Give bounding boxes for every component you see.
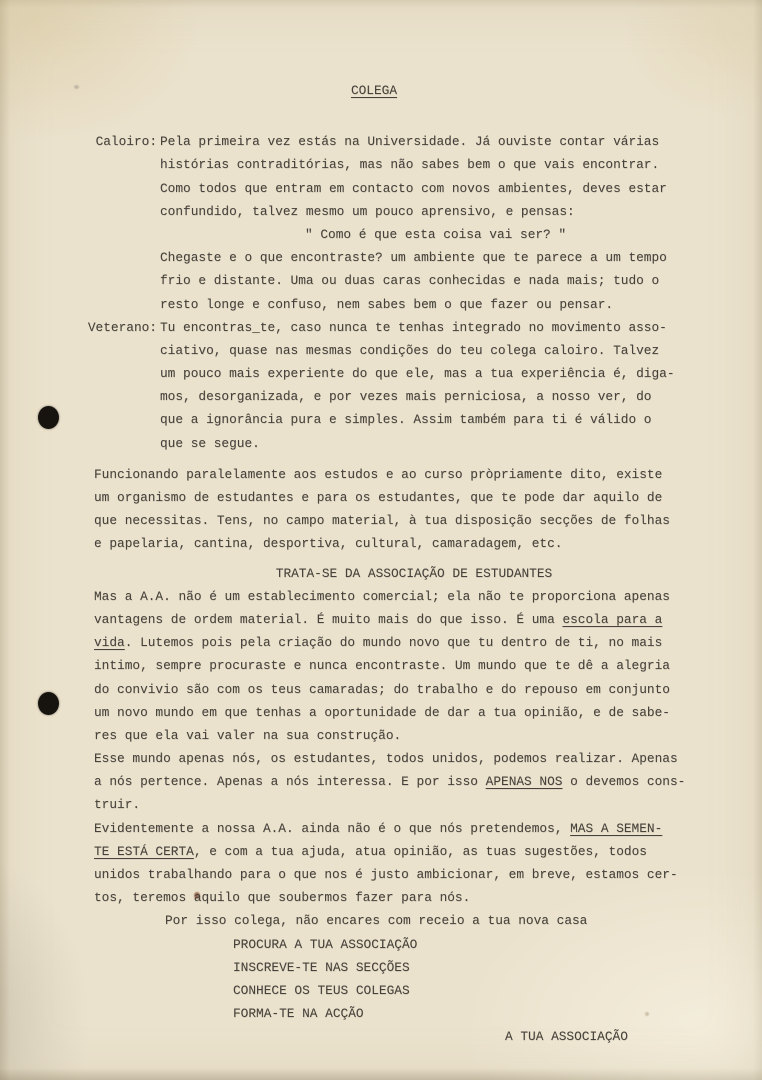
text-line: TRATA-SE DA ASSOCIAÇÃO DE ESTUDANTES: [114, 562, 714, 585]
punch-hole: [38, 406, 59, 429]
text-line: que necessitas. Tens, no campo material,…: [94, 509, 694, 532]
text-line: Esse mundo apenas nós, os estudantes, to…: [94, 747, 694, 770]
text-segment: Chegaste e o que encontraste? um ambient…: [160, 250, 667, 265]
text-segment: res que ela vai valer na sua construção.: [94, 728, 401, 743]
text-line: vantagens de ordem material. É muito mai…: [94, 608, 694, 631]
text-segment: intimo, sempre procuraste e nunca encont…: [94, 658, 670, 673]
text-segment: truir.: [94, 797, 140, 812]
text-line: Funcionando paralelamente aos estudos e …: [94, 463, 694, 486]
text-segment: PROCURA A TUA ASSOCIAÇÃO: [233, 937, 417, 952]
section-heading: TRATA-SE DA ASSOCIAÇÃO DE ESTUDANTES: [114, 562, 714, 585]
text-line: histórias contraditórias, mas não sabes …: [160, 153, 694, 176]
text-line: unidos trabalhando para o que nos é just…: [94, 863, 694, 886]
cta-line: PROCURA A TUA ASSOCIAÇÃO: [233, 933, 694, 956]
text-segment: vantagens de ordem material. É muito mai…: [94, 612, 562, 627]
underlined-text: escola para a: [562, 612, 662, 627]
text-line: vida. Lutemos pois pela criação do mundo…: [94, 631, 694, 654]
text-segment: FORMA-TE NA ACÇÃO: [233, 1006, 364, 1021]
text-segment: tos, teremos aquilo que soubermos fazer …: [94, 890, 470, 905]
text-segment: . Lutemos pois pela criação do mundo nov…: [125, 635, 663, 650]
cta-line: INSCREVE-TE NAS SECÇÕES: [233, 956, 694, 979]
text-line: a nós pertence. Apenas a nós interessa. …: [94, 770, 694, 793]
text-line: frio e distante. Uma ou duas caras conhe…: [160, 269, 694, 292]
dialogue-block: Caloiro:Pela primeira vez estás na Unive…: [94, 130, 694, 316]
text-line: que a ignorância pura e simples. Assim t…: [160, 408, 694, 431]
text-segment: " Como é que esta coisa vai ser? ": [305, 227, 566, 242]
text-segment: Pela primeira vez estás na Universidade.…: [160, 134, 659, 149]
text-segment: A TUA ASSOCIAÇÃO: [505, 1029, 628, 1044]
text-segment: que a ignorância pura e simples. Assim t…: [160, 412, 651, 427]
underlined-text: COLEGA: [351, 83, 397, 98]
text-line: res que ela vai valer na sua construção.: [94, 724, 694, 747]
speaker-label: Veterano:: [88, 316, 157, 339]
text-segment: um organismo de estudantes e para os est…: [94, 490, 662, 505]
text-segment: Como todos que entram em contacto com no…: [160, 181, 667, 196]
text-segment: que necessitas. Tens, no campo material,…: [94, 513, 670, 528]
signature: A TUA ASSOCIAÇÃO: [505, 1025, 694, 1048]
scanned-paper-page: COLEGACaloiro:Pela primeira vez estás na…: [0, 0, 762, 1080]
quote-line: " Como é que esta coisa vai ser? ": [305, 223, 694, 246]
text-line: Tu encontras_te, caso nunca te tenhas in…: [160, 316, 694, 339]
text-line: um pouco mais experiente do que ele, mas…: [160, 362, 694, 385]
text-segment: o devemos cons-: [562, 774, 685, 789]
text-segment: INSCREVE-TE NAS SECÇÕES: [233, 960, 410, 975]
text-line: do convivio são com os teus camaradas; d…: [94, 678, 694, 701]
punch-hole: [38, 692, 59, 715]
text-line: e papelaria, cantina, desportiva, cultur…: [94, 532, 694, 555]
text-segment: resto longe e confuso, nem sabes bem o q…: [160, 297, 613, 312]
document-title: COLEGA: [74, 79, 674, 102]
text-line: que se segue.: [160, 432, 694, 455]
text-segment: e papelaria, cantina, desportiva, cultur…: [94, 536, 562, 551]
document-content: COLEGACaloiro:Pela primeira vez estás na…: [94, 0, 694, 1049]
text-segment: unidos trabalhando para o que nos é just…: [94, 867, 678, 882]
underlined-text: TE ESTÁ CERTA: [94, 844, 194, 859]
paragraph-block: Esse mundo apenas nós, os estudantes, to…: [94, 747, 694, 817]
text-segment: TRATA-SE DA ASSOCIAÇÃO DE ESTUDANTES: [276, 566, 552, 581]
text-segment: confundido, talvez mesmo um pouco aprens…: [160, 204, 575, 219]
text-segment: mos, desorganizada, e por vezes mais per…: [160, 389, 651, 404]
text-segment: , e com a tua ajuda, atua opinião, as tu…: [194, 844, 647, 859]
cta-line: CONHECE OS TEUS COLEGAS: [233, 979, 694, 1002]
text-line: ciativo, quase nas mesmas condições do t…: [160, 339, 694, 362]
cta-line: FORMA-TE NA ACÇÃO: [233, 1002, 694, 1025]
text-line: intimo, sempre procuraste e nunca encont…: [94, 654, 694, 677]
underlined-text: MAS A SEMEN-: [570, 821, 662, 836]
text-line: Pela primeira vez estás na Universidade.…: [160, 130, 694, 153]
text-segment: a nós pertence. Apenas a nós interessa. …: [94, 774, 486, 789]
text-line: Chegaste e o que encontraste? um ambient…: [160, 246, 694, 269]
speaker-label: Caloiro:: [96, 130, 157, 153]
text-segment: Por isso colega, não encares com receio …: [165, 913, 587, 928]
text-line: TE ESTÁ CERTA, e com a tua ajuda, atua o…: [94, 840, 694, 863]
text-segment: que se segue.: [160, 436, 260, 451]
text-segment: Evidentemente a nossa A.A. ainda não é o…: [94, 821, 570, 836]
text-segment: ciativo, quase nas mesmas condições do t…: [160, 343, 659, 358]
text-line: A TUA ASSOCIAÇÃO: [505, 1025, 694, 1048]
text-line: mos, desorganizada, e por vezes mais per…: [160, 385, 694, 408]
text-line: Mas a A.A. não é um establecimento comer…: [94, 585, 694, 608]
text-segment: um novo mundo em que tenhas a oportunida…: [94, 705, 670, 720]
text-line: Como todos que entram em contacto com no…: [160, 177, 694, 200]
text-segment: Esse mundo apenas nós, os estudantes, to…: [94, 751, 678, 766]
text-line: Por isso colega, não encares com receio …: [165, 909, 694, 932]
text-line: COLEGA: [74, 79, 674, 102]
text-line: tos, teremos aquilo que soubermos fazer …: [94, 886, 694, 909]
text-line: um novo mundo em que tenhas a oportunida…: [94, 701, 694, 724]
text-segment: Funcionando paralelamente aos estudos e …: [94, 467, 662, 482]
text-line: Evidentemente a nossa A.A. ainda não é o…: [94, 817, 694, 840]
paragraph-block: Funcionando paralelamente aos estudos e …: [94, 463, 694, 556]
text-segment: um pouco mais experiente do que ele, mas…: [160, 366, 675, 381]
text-line: um organismo de estudantes e para os est…: [94, 486, 694, 509]
text-line: resto longe e confuso, nem sabes bem o q…: [160, 293, 694, 316]
underlined-text: vida: [94, 635, 125, 650]
text-line: truir.: [94, 793, 694, 816]
text-segment: CONHECE OS TEUS COLEGAS: [233, 983, 410, 998]
text-segment: Mas a A.A. não é um establecimento comer…: [94, 589, 670, 604]
paragraph-block: Mas a A.A. não é um establecimento comer…: [94, 585, 694, 747]
paragraph-block: Evidentemente a nossa A.A. ainda não é o…: [94, 817, 694, 910]
text-segment: histórias contraditórias, mas não sabes …: [160, 157, 659, 172]
text-segment: frio e distante. Uma ou duas caras conhe…: [160, 273, 659, 288]
text-line: confundido, talvez mesmo um pouco aprens…: [160, 200, 694, 223]
text-segment: Tu encontras_te, caso nunca te tenhas in…: [160, 320, 667, 335]
closing-block: Por isso colega, não encares com receio …: [94, 909, 694, 1025]
dialogue-block: Veterano:Tu encontras_te, caso nunca te …: [94, 316, 694, 455]
underlined-text: APENAS NOS: [486, 774, 563, 789]
text-segment: do convivio são com os teus camaradas; d…: [94, 682, 670, 697]
